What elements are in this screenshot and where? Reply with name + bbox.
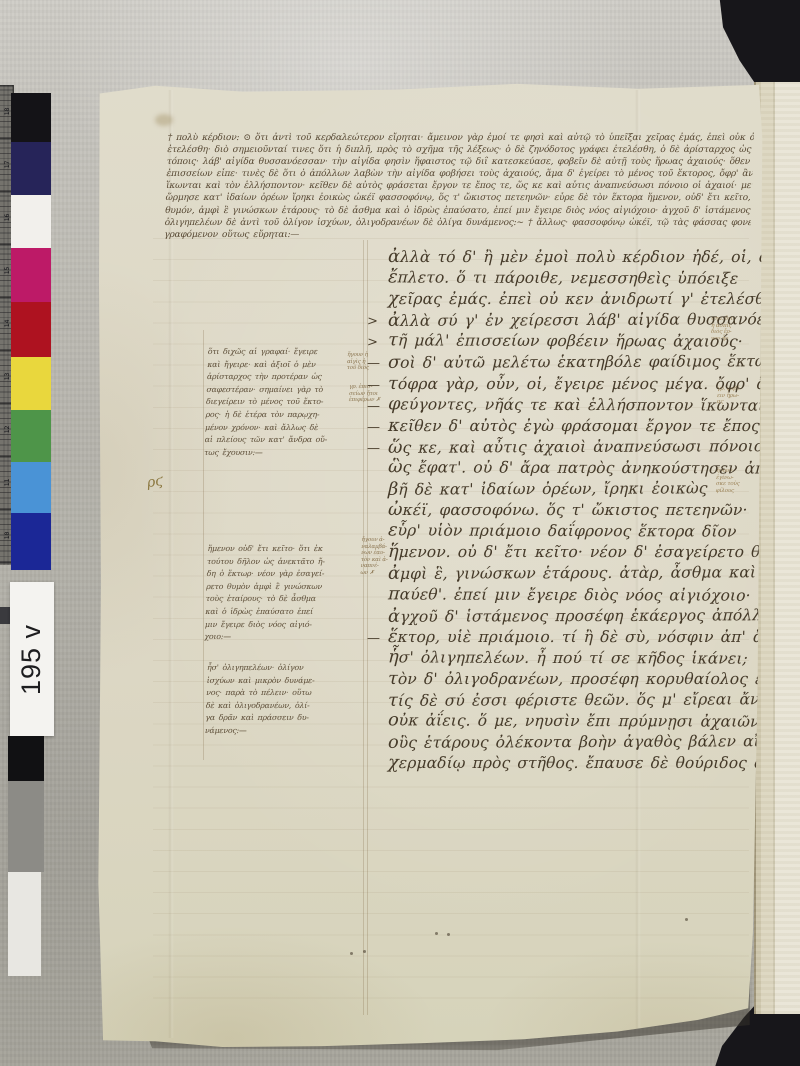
critical-mark: >: [366, 311, 388, 332]
critical-mark: —: [366, 396, 388, 417]
verse-row: ἧσ' ὀλιγηπελέων. ἦ πού τί σε κῆδος ἱκάνε…: [367, 648, 800, 669]
verse-row: ἀγχοῦ δ' ἱστάμενος προσέφη ἑκάεργος ἀπόλ…: [367, 606, 800, 627]
top-scholia-block: † πολὺ κέρδιον: ⊙ ὅτι ἀντὶ τοῦ κερδαλεώτ…: [164, 132, 754, 241]
scholia-line: ἐπισσείων εἶπε· τινὲς δὲ ὅτι ὁ ἀπόλλων λ…: [166, 168, 752, 180]
verse-line: τῆ μάλ' ἐπισσείων φοβέειν ἥρωας ἀχαιούς·: [388, 331, 744, 353]
color-swatch: [8, 872, 41, 976]
scholia-line: ἐτελέσθη· διὸ σημειοῦνταί τινες ὅτι ἡ δι…: [167, 144, 753, 156]
manuscript-page: † πολὺ κέρδιον: ⊙ ὅτι ἀντὶ τοῦ κερδαλεώτ…: [95, 80, 765, 1048]
scholion-line: δη ὁ ἕκτωρ· νέον γὰρ ἐσαγεί-: [206, 568, 352, 581]
verse-line: ἥμενον. οὐ δ' ἔτι κεῖτο· νέον δ' ἐσαγείρ…: [388, 542, 800, 563]
color-swatch: [11, 248, 51, 302]
verse-row: ὠκέϊ, φασσοφόνω. ὅς τ' ὤκιστος πετεηνῶν·: [367, 500, 800, 521]
scholia-line: γραφόμενον οὕτως εὕρηται:—: [164, 229, 750, 241]
scholion-line: γα δρᾶν καὶ πράσσειν δυ-: [205, 712, 351, 725]
verse-row: ἔπλετο. ὅ τι πάροιθε, νεμεσσηθεὶς ὑπόειξ…: [367, 268, 800, 289]
verse-line: χερμαδίῳ πρὸς στῆθος. ἔπαυσε δὲ θούριδος…: [388, 753, 800, 774]
scholion-line: τοὺς ἑταίρους· τὸ δὲ ἆσθμα: [206, 593, 352, 606]
verse-line: χεῖρας ἐμάς. ἐπεὶ οὐ κεν ἀνιδρωτί γ' ἐτε…: [388, 289, 780, 310]
scholion-line: νάμενος:—: [205, 725, 351, 738]
verse-row: — φεύγοντες, νῆάς τε καὶ ἑλλήσποντον ἵκω…: [367, 395, 800, 416]
scholion-line: μένον χρόνον· καὶ ἄλλως δὲ: [205, 422, 347, 435]
verse-row: ἀλλὰ τό δ' ἢ μὲν ἐμοὶ πολὺ κέρδιον ἠδέ, …: [367, 247, 800, 268]
left-scholion-1: ὅτι διχῶς αἱ γραφαί· ἔγειρεκαὶ ἤγειρε· κ…: [204, 346, 350, 459]
photo-stage: † πολὺ κέρδιον: ⊙ ὅτι ἀντὶ τοῦ κερδαλεώτ…: [0, 0, 800, 1066]
scholion-line: καὶ ὁ ἱδρὼς ἐπαύσατο ἐπεί: [205, 606, 351, 619]
scholion-line: χοιο:—: [204, 631, 350, 644]
scholion-line: καὶ ἤγειρε· καὶ ἀξιοῖ ὁ μὲν: [207, 359, 349, 372]
verse-line: τίς δὲ σύ ἐσσι φέριστε θεῶν. ὅς μ' εἴρεα…: [388, 689, 793, 712]
scholia-line: † πολὺ κέρδιον: ⊙ ὅτι ἀντὶ τοῦ κερδαλεώτ…: [167, 132, 753, 144]
verse-line: ὥς κε, καὶ αὖτις ἀχαιοὶ ἀναπνεύσωσι πόνο…: [388, 436, 769, 459]
verse-line: κεῖθεν δ' αὐτὸς ἐγὼ φράσομαι ἔργον τε ἔπ…: [388, 416, 790, 437]
verse-row: — κεῖθεν δ' αὐτὸς ἐγὼ φράσομαι ἔργον τε …: [367, 416, 800, 437]
ink-speck: [447, 933, 450, 936]
verse-row: — σοὶ δ' αὐτῶ μελέτω ἑκατηβόλε φαίδιμος …: [367, 352, 800, 373]
scholion-line: νος· παρὰ τὸ πέλειν· οὕτω: [206, 687, 352, 700]
color-swatch: [11, 357, 51, 410]
scholion-line: αἱ πλείους τῶν κατ' ἄνδρα οὕ-: [204, 434, 346, 447]
critical-mark: >: [366, 332, 388, 353]
verse-row: παύεθ'. ἐπεί μιν ἔγειρε διὸς νόος αἰγιόχ…: [367, 585, 800, 606]
color-swatch: [11, 195, 51, 248]
scholion-line: ἦσ' ὀλιγηπελέων· ὀλίγον: [207, 662, 353, 675]
verse-row: — ὥς κε, καὶ αὖτις ἀχαιοὶ ἀναπνεύσωσι πό…: [367, 437, 800, 458]
color-calibration-bar: 195 v: [11, 93, 57, 976]
verse-line: ἀλλὰ σύ γ' ἐν χείρεσσι λάβ' αἰγίδα θυσσα…: [388, 309, 800, 332]
verse-row: οὐκ ἀΐεις. ὅ με, νηυσὶν ἔπι πρύμνῃσι ἀχα…: [367, 711, 800, 732]
verse-line: ἀγχοῦ δ' ἱστάμενος προσέφη ἑκάεργος ἀπόλ…: [388, 605, 790, 628]
vertical-ruling-1: [203, 330, 204, 760]
verse-line: ὠκέϊ, φασσοφόνω. ὅς τ' ὤκιστος πετεηνῶν·: [388, 500, 748, 521]
verse-row: χερμαδίῳ πρὸς στῆθος. ἔπαυσε δὲ θούριδος…: [367, 753, 800, 774]
verse-row: > τῆ μάλ' ἐπισσείων φοβέειν ἥρωας ἀχαιού…: [367, 331, 800, 352]
scholion-line: διεγείρειν τὸ μένος τοῦ ἕκτο-: [206, 396, 348, 409]
critical-mark: —: [366, 628, 388, 649]
verse-row: ὣς ἔφατ'. οὐ δ' ἄρα πατρὸς ἀνηκούστησεν …: [367, 458, 800, 479]
scholia-line: ὀλιγηπελέων δὲ ἀντὶ τοῦ ὀλίγον ἰσχύων, ὀ…: [165, 217, 751, 229]
verse-line: οὐκ ἀΐεις. ὅ με, νηυσὶν ἔπι πρύμνῃσι ἀχα…: [388, 710, 761, 732]
verse-row: ἥμενον. οὐ δ' ἔτι κεῖτο· νέον δ' ἐσαγείρ…: [367, 542, 800, 563]
scholia-line: ὥρμησε κατ' ἰδαίων ὀρέων ἴρηκι ἐοικὼς ὠκ…: [165, 192, 751, 204]
scholion-line: ἀρίσταρχος τὴν προτέραν ὡς: [207, 371, 349, 384]
verse-row: οὓς ἑτάρους ὀλέκοντα βοὴν ἀγαθὸς βάλεν α…: [367, 732, 800, 753]
stain: [155, 114, 173, 126]
scholion-line: ἰσχύων καὶ μικρὸν δυνάμε-: [206, 675, 352, 688]
scholion-line: ὅτι διχῶς αἱ γραφαί· ἔγειρε: [208, 346, 350, 359]
verse-line: ἀλλὰ τό δ' ἢ μὲν ἐμοὶ πολὺ κέρδιον ἠδέ, …: [388, 247, 800, 268]
color-swatch: [11, 302, 51, 357]
main-text-block: ἀλλὰ τό δ' ἢ μὲν ἐμοὶ πολὺ κέρδιον ἠδέ, …: [367, 247, 800, 774]
critical-mark: —: [366, 353, 388, 374]
verse-line: ἀμφὶ ἓ, γινώσκων ἑτάρους. ἀτὰρ, ἆσθμα κα…: [388, 562, 800, 585]
verse-line: ὣς ἔφατ'. οὐ δ' ἄρα πατρὸς ἀνηκούστησεν …: [388, 457, 800, 480]
verse-row: χεῖρας ἐμάς. ἐπεὶ οὐ κεν ἀνιδρωτί γ' ἐτε…: [367, 289, 800, 310]
color-swatch: [11, 462, 51, 513]
critical-mark: —: [366, 438, 388, 459]
critical-mark: —: [366, 417, 388, 438]
verse-line: τόφρα γὰρ, οὖν, οἱ, ἔγειρε μένος μέγα. ὄ…: [388, 374, 800, 395]
verse-line: ἧσ' ὀλιγηπελέων. ἦ πού τί σε κῆδος ἱκάνε…: [388, 647, 749, 669]
critical-mark: —: [366, 375, 388, 396]
ink-speck: [435, 932, 438, 935]
scholion-line: τούτου δῆλον ὡς ἀνεκτᾶτο ἤ-: [207, 556, 353, 569]
scholion-line: μιν ἔγειρε διὸς νόος αἰγιό-: [205, 619, 351, 632]
verse-line: ἕκτορ, υἱὲ πριάμοιο. τί ἢ δὲ σὺ, νόσφιν …: [388, 627, 800, 648]
color-swatch: [11, 410, 51, 462]
color-swatch: [11, 142, 51, 195]
scholia-line: θυμόν, ἀμφὶ ἓ γινώσκων ἑτάρους· τὸ δὲ ἆσ…: [165, 205, 751, 217]
color-bar-lower-swatches: [8, 736, 57, 976]
verse-row: τίς δὲ σύ ἐσσι φέριστε θεῶν. ὅς μ' εἴρεα…: [367, 690, 800, 711]
verse-line: φεύγοντες, νῆάς τε καὶ ἑλλήσποντον ἵκωντ…: [388, 394, 770, 416]
scholion-line: τως ἔχουσιν:—: [204, 447, 346, 460]
color-swatch: [8, 736, 44, 781]
verse-row: ἀμφὶ ἓ, γινώσκων ἑτάρους. ἀτὰρ, ἆσθμα κα…: [367, 563, 800, 584]
color-bar-gap: [11, 570, 57, 582]
verse-row: — ἕκτορ, υἱὲ πριάμοιο. τί ἢ δὲ σὺ, νόσφι…: [367, 627, 800, 648]
scholion-line: σαφεστέραν· σημαίνει γὰρ τὸ: [206, 384, 348, 397]
scholion-line: ρος· ἡ δὲ ἑτέρα τὸν παρῳχη-: [205, 409, 347, 422]
verse-row: εὗρ' υἱὸν πριάμοιο δαΐφρονος ἕκτορα δῖον: [367, 521, 800, 542]
left-scholion-2: ἥμενον οὐδ' ἔτι κεῖτο· ὅτι ἐκτούτου δῆλο…: [204, 543, 354, 644]
color-swatch: [11, 93, 51, 142]
left-scholion-3: ἦσ' ὀλιγηπελέων· ὀλίγονἰσχύων καὶ μικρὸν…: [205, 662, 354, 738]
verse-row: τὸν δ' ὀλιγοδρανέων, προσέφη κορυθαίολος…: [367, 669, 800, 690]
verse-line: εὗρ' υἱὸν πριάμοιο δαΐφρονος ἕκτορα δῖον: [388, 521, 738, 543]
folio-number-label: 195 v: [10, 582, 54, 736]
verse-line: σοὶ δ' αὐτῶ μελέτω ἑκατηβόλε φαίδιμος ἕκ…: [388, 352, 782, 375]
verse-row: — τόφρα γὰρ, οὖν, οἱ, ἔγειρε μένος μέγα.…: [367, 374, 800, 395]
quire-mark: ρϛ: [146, 473, 164, 491]
scholia-line: τόποις· λάβ' αἰγίδα θυσσανόεσσαν· τὴν αἰ…: [167, 156, 753, 168]
verse-line: τὸν δ' ὀλιγοδρανέων, προσέφη κορυθαίολος…: [388, 669, 800, 690]
verse-line: οὓς ἑτάρους ὀλέκοντα βοὴν ἀγαθὸς βάλεν α…: [388, 731, 780, 754]
scholion-line: δὲ καὶ ὀλιγοδρανέων, ὀλί-: [206, 700, 352, 713]
color-bar-upper-swatches: [11, 93, 57, 570]
verse-line: παύεθ'. ἐπεί μιν ἔγειρε διὸς νόος αἰγιόχ…: [388, 584, 752, 606]
verse-line: βῆ δὲ κατ' ἰδαίων ὀρέων, ἴρηκι ἐοικὼς: [388, 478, 708, 500]
scholion-line: ρετο θυμὸν ἀμφὶ ἓ γινώσκων: [206, 581, 352, 594]
color-swatch: [11, 513, 51, 570]
verse-row: > ἀλλὰ σύ γ' ἐν χείρεσσι λάβ' αἰγίδα θυσ…: [367, 310, 800, 331]
scholion-line: ἥμενον οὐδ' ἔτι κεῖτο· ὅτι ἐκ: [207, 543, 353, 556]
ink-speck: [685, 918, 688, 921]
folio-number-text: 195 v: [17, 623, 48, 694]
ink-speck: [350, 952, 353, 955]
verse-row: βῆ δὲ κατ' ἰδαίων ὀρέων, ἴρηκι ἐοικὼς: [367, 479, 800, 500]
ruler-end-mark: [0, 607, 10, 624]
ink-speck: [363, 950, 366, 953]
scholia-line: ἵκωνται καὶ τὸν ἑλλήσποντον· κεῖθεν δὲ α…: [166, 180, 752, 192]
color-swatch: [8, 781, 44, 872]
verse-line: ἔπλετο. ὅ τι πάροιθε, νεμεσσηθεὶς ὑπόειξ…: [388, 267, 739, 289]
